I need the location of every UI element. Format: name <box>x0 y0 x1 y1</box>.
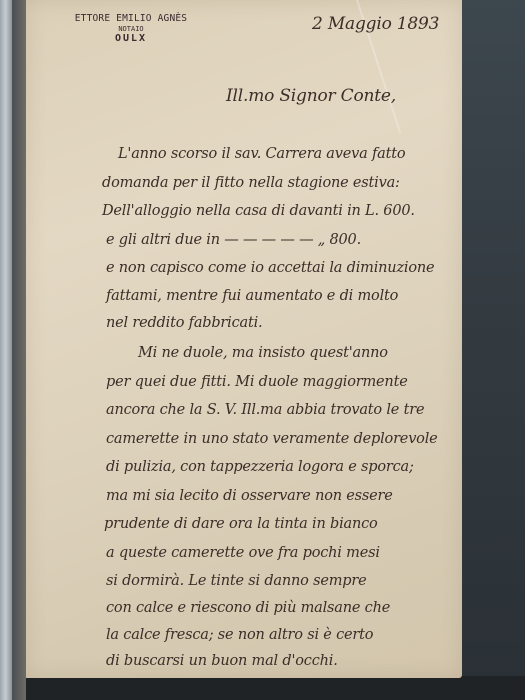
stamp-title: NOTAIO <box>66 26 196 33</box>
body-line: di buscarsi un buon mal d'occhi. <box>106 653 338 669</box>
body-line: nel reddito fabbricati. <box>106 315 262 331</box>
body-line: per quei due fitti. Mi duole maggiorment… <box>106 374 408 390</box>
body-line: con calce e riescono di più malsane che <box>106 600 390 616</box>
body-line: ancora che la S. V. Ill.ma abbia trovato… <box>106 402 424 418</box>
body-line: fattami, mentre fui aumentato e di molto <box>106 288 398 304</box>
body-line: L'anno scorso il sav. Carrera aveva fatt… <box>118 146 405 162</box>
body-line: a queste camerette ove fra pochi mesi <box>106 545 380 561</box>
album-cover-bottom <box>26 676 525 700</box>
body-line: si dormirà. Le tinte si danno sempre <box>106 573 366 589</box>
body-line: ma mi sia lecito di osservare non essere <box>106 488 393 504</box>
body-line: domanda per il fitto nella stagione esti… <box>102 175 400 191</box>
body-line: prudente di dare ora la tinta in bianco <box>104 516 378 532</box>
body-line: camerette in uno stato veramente deplore… <box>106 431 438 447</box>
book-binding-edge <box>0 0 12 700</box>
body-line: di pulizia, con tappezzeria logora e spo… <box>106 459 414 475</box>
notary-stamp: ETTORE EMILIO AGNÈS NOTAIO OULX <box>66 14 196 44</box>
stamp-name: ETTORE EMILIO AGNÈS <box>66 14 196 24</box>
body-line: Dell'alloggio nella casa di davanti in L… <box>102 203 415 219</box>
stamp-place: OULX <box>66 34 196 44</box>
body-line: Mi ne duole, ma insisto quest'anno <box>138 345 388 361</box>
binding-shadow <box>12 0 26 700</box>
letter-page: ETTORE EMILIO AGNÈS NOTAIO OULX 2 Maggio… <box>26 0 462 678</box>
letter-date: 2 Maggio 1893 <box>312 14 439 34</box>
album-cover-right <box>462 0 525 700</box>
letter-salutation: Ill.mo Signor Conte, <box>226 86 396 106</box>
body-line: e non capisco come io accettai la diminu… <box>106 260 434 276</box>
body-line: e gli altri due in — — — — — „ 800. <box>106 232 361 248</box>
body-line: la calce fresca; se non altro si è certo <box>106 627 373 643</box>
